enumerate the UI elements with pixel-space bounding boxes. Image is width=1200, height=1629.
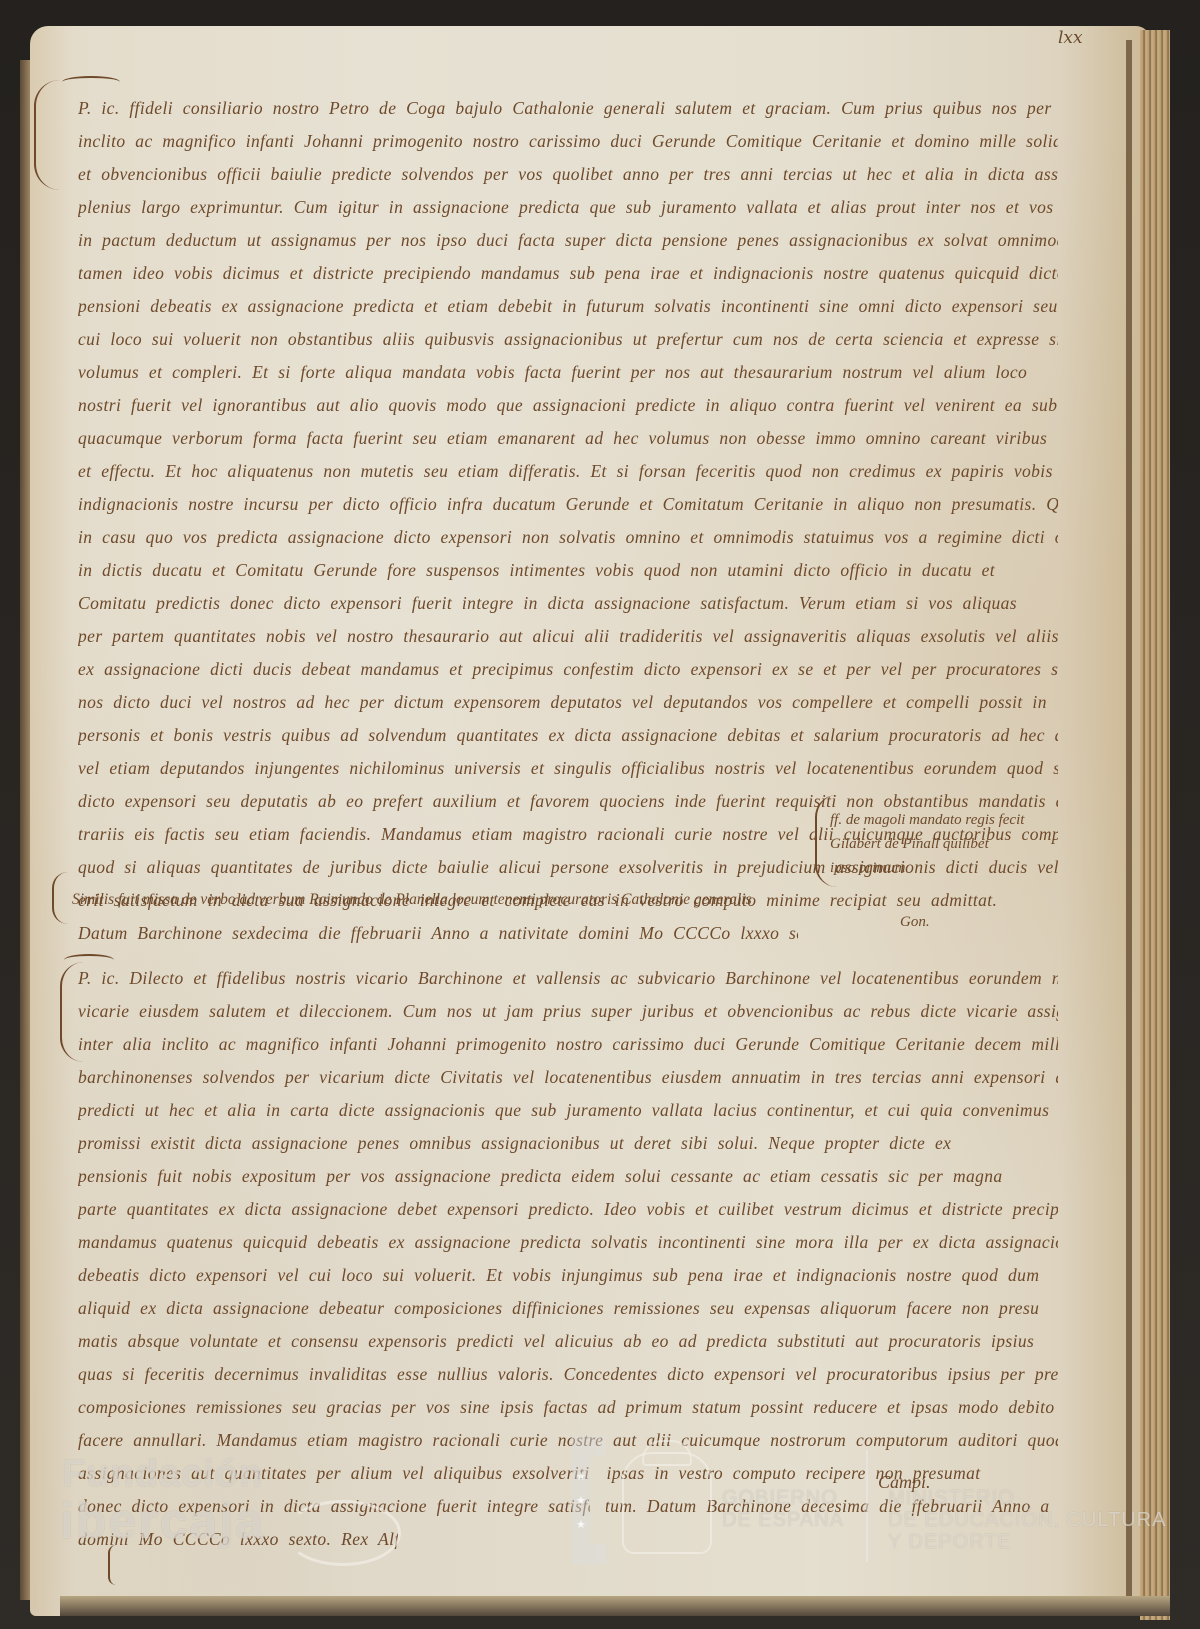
text-line: et obvencionibus officii baiulie predict… [78, 158, 1058, 191]
text-line: pensionis fuit nobis expositum per vos a… [78, 1160, 1058, 1193]
text-line: P. ic. ffideli consiliario nostro Petro … [78, 92, 1058, 125]
closing-note-line: ff. de magoli mandato regis fecit [830, 808, 1024, 832]
text-line: cui loco sui voluerit non obstantibus al… [78, 323, 1058, 356]
marginal-entry: Similis fuit missa de verbo ad verbum Ra… [72, 888, 752, 912]
text-line: in dictis ducatu et Comitatu Gerunde for… [78, 554, 1058, 587]
marginal-mark: Gon. [900, 910, 930, 934]
text-line: inclito ac magnifico infanti Johanni pri… [78, 125, 1058, 158]
star-icon: ★ [576, 1494, 586, 1507]
watermark-gobierno-line: DE ESPAÑA [722, 1509, 844, 1531]
flag-notch [590, 1456, 606, 1544]
watermark-fundacion: Fundación [62, 1455, 263, 1493]
text-line: nos dicto duci vel nostros ad hec per di… [78, 686, 1058, 719]
text-line: vicarie eiusdem salutem et dileccionem. … [78, 995, 1058, 1028]
coat-of-arms-icon [622, 1452, 712, 1554]
text-line: ex assignacione dicti ducis debeat manda… [78, 653, 1058, 686]
text-line: quacumque verborum forma facta fuerint s… [78, 422, 1058, 455]
watermark-ministerio-line: Y DEPORTE [888, 1531, 1166, 1553]
text-line: quas si feceritis decernimus invaliditas… [78, 1358, 1058, 1391]
text-line: et effectu. Et hoc aliquatenus non mutet… [78, 455, 1058, 488]
stray-stroke [108, 1545, 116, 1585]
text-line: mandamus quatenus quicquid debeatis ex a… [78, 1226, 1058, 1259]
text-line: debeatis dicto expensori vel cui loco su… [78, 1259, 1058, 1292]
initial-flourish [62, 76, 120, 88]
closing-note: ff. de magoli mandato regis fecit Gilabe… [830, 808, 1024, 880]
text-line: aliquid ex dicta assignacione debeatur c… [78, 1292, 1058, 1325]
text-line: in pactum deductum ut assignamus per nos… [78, 224, 1058, 257]
text-line: indignacionis nostre incursu per dicto o… [78, 488, 1058, 521]
text-line: Comitatu predictis donec dicto expensori… [78, 587, 1058, 620]
text-line: vel etiam deputandos injungentes nichilo… [78, 752, 1058, 785]
text-line: P. ic. Dilecto et ffidelibus nostris vic… [78, 962, 1058, 995]
text-line: per partem quantitates nobis vel nostro … [78, 620, 1058, 653]
text-line: tamen ideo vobis dicimus et districte pr… [78, 257, 1058, 290]
star-icon: ★ [576, 1518, 586, 1531]
text-line: matis absque voluntate et consensu expen… [78, 1325, 1058, 1358]
text-line: barchinonenses solvendos per vicarium di… [78, 1061, 1058, 1094]
text-line: predicti ut hec et alia in carta dicte a… [78, 1094, 1058, 1127]
page-stack-edge [1140, 30, 1170, 1620]
watermark-gobierno: GOBIERNO DE ESPAÑA [722, 1487, 844, 1531]
marginal-bracket [52, 872, 68, 924]
folio-number: lxx [1058, 28, 1083, 48]
initial-bracket [34, 80, 60, 190]
watermark-ministerio-line: MINISTERIO [888, 1487, 1166, 1509]
closing-note-line: ipso primum [830, 856, 1024, 880]
text-line: inter alia inclito ac magnifico infanti … [78, 1028, 1058, 1061]
page-bottom-edge [60, 1596, 1170, 1616]
watermark-ibercaja: ibercaja [60, 1496, 265, 1546]
watermark-ministerio: MINISTERIO DE EDUCACIÓN, CULTURA Y DEPOR… [888, 1487, 1166, 1553]
text-line: composiciones remissiones seu gracias pe… [78, 1391, 1058, 1424]
text-line: parte quantitates ex dicta assignacione … [78, 1193, 1058, 1226]
page-stack-shadow [1126, 40, 1132, 1600]
text-line: promissi existit dicta assignacione pene… [78, 1127, 1058, 1160]
text-line: nostri fuerit vel ignorantibus aut alio … [78, 389, 1058, 422]
text-line: personis et bonis vestris quibus ad solv… [78, 719, 1058, 752]
text-line: plenius largo exprimuntur. Cum igitur in… [78, 191, 1058, 224]
text-line: volumus et compleri. Et si forte aliqua … [78, 356, 1058, 389]
closing-note-line: Gilabert de Pinall quilibet [830, 832, 1024, 856]
watermark-gobierno-line: GOBIERNO [722, 1487, 844, 1509]
watermark-ministerio-line: DE EDUCACIÓN, CULTURA [888, 1509, 1166, 1531]
text-line: in casu quo vos predicta assignacione di… [78, 521, 1058, 554]
star-icon: ★ [576, 1470, 586, 1483]
text-line: Datum Barchinone sexdecima die ffebruari… [78, 917, 798, 950]
watermark-divider [866, 1450, 868, 1562]
text-line: pensioni debeatis ex assignacione predic… [78, 290, 1058, 323]
ibercaja-logo-icon [285, 1500, 401, 1566]
